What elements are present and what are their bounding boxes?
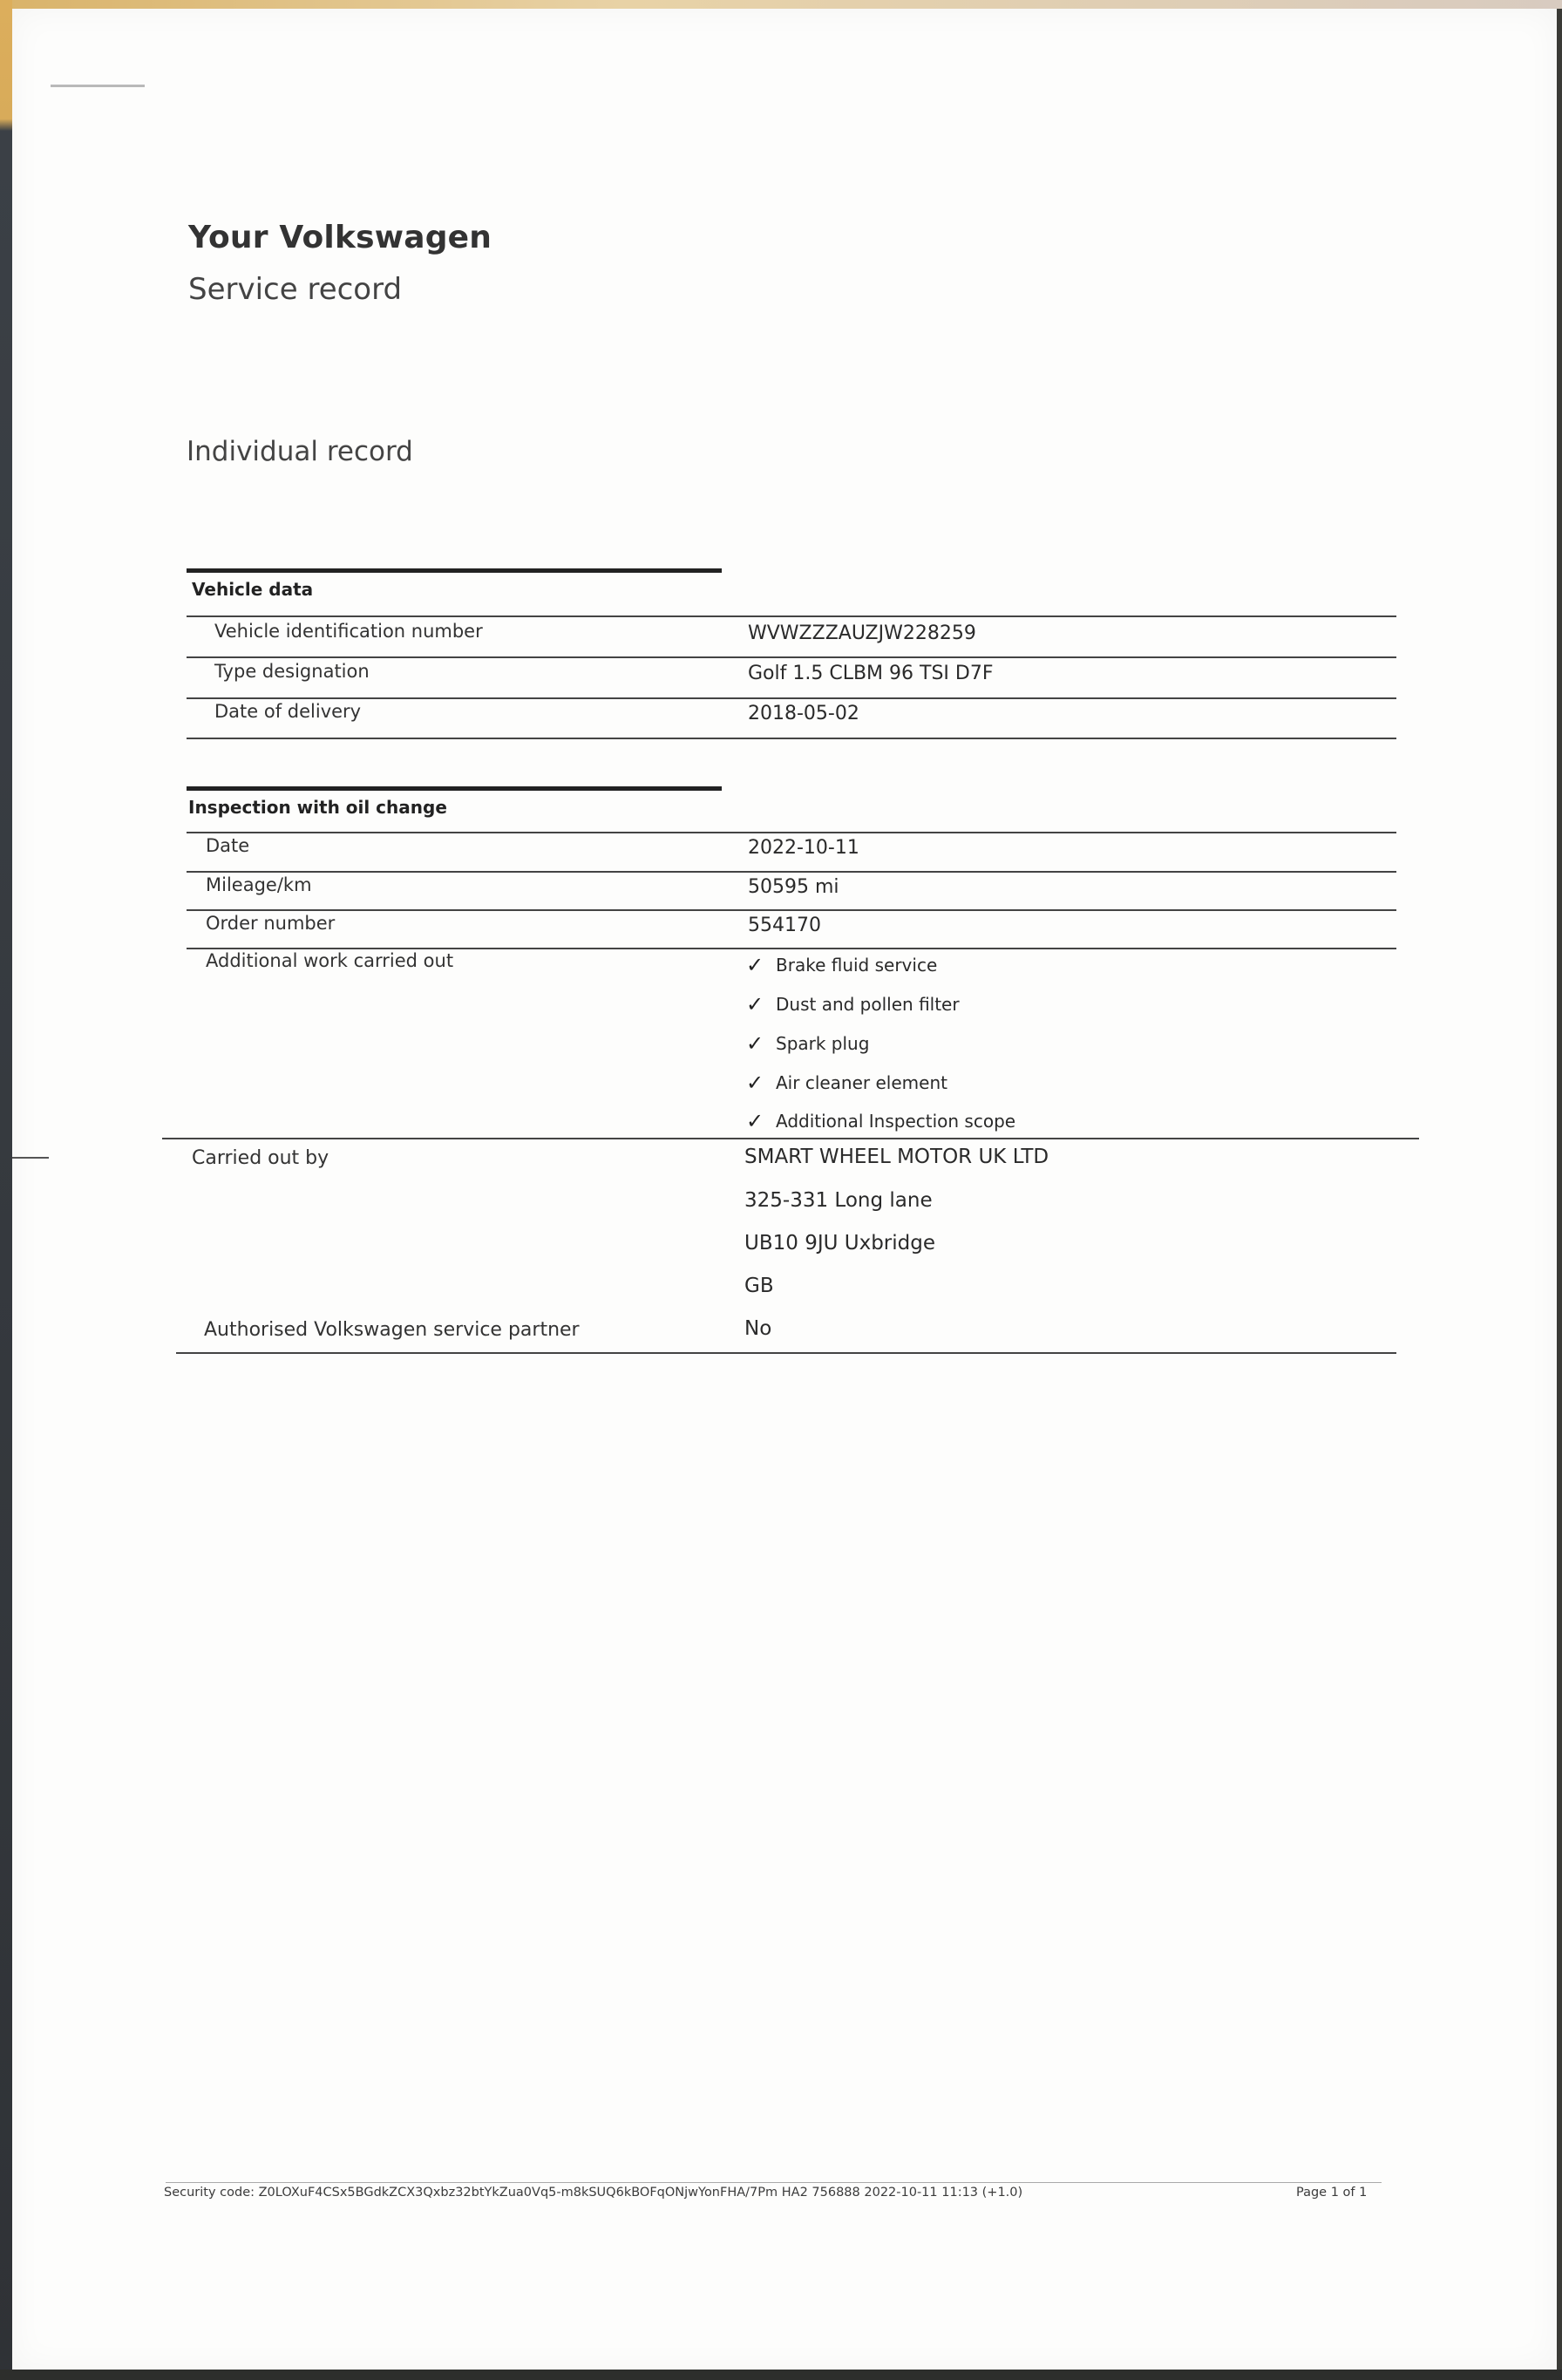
type-designation-label: Type designation bbox=[214, 661, 370, 682]
order-number-label: Order number bbox=[206, 913, 335, 934]
additional-work-item-label: Brake fluid service bbox=[776, 955, 937, 976]
divider bbox=[187, 832, 1396, 833]
document-subtitle: Service record bbox=[188, 272, 402, 307]
checkmark-icon: ✓ bbox=[746, 953, 776, 977]
additional-work-item: ✓ Dust and pollen filter bbox=[746, 992, 960, 1017]
workshop-name: SMART WHEEL MOTOR UK LTD bbox=[744, 1146, 1049, 1168]
additional-work-item-label: Dust and pollen filter bbox=[776, 994, 960, 1015]
workshop-street: 325-331 Long lane bbox=[744, 1189, 933, 1212]
additional-work-item: ✓ Brake fluid service bbox=[746, 953, 937, 977]
inspection-date-label: Date bbox=[206, 835, 249, 856]
additional-work-label: Additional work carried out bbox=[206, 950, 453, 971]
authorised-partner-label: Authorised Volkswagen service partner bbox=[204, 1319, 580, 1341]
checkmark-icon: ✓ bbox=[746, 1109, 776, 1133]
scan-edge-left bbox=[0, 0, 12, 2380]
checkmark-icon: ✓ bbox=[746, 1031, 776, 1056]
checkmark-icon: ✓ bbox=[746, 1071, 776, 1095]
additional-work-item: ✓ Air cleaner element bbox=[746, 1071, 947, 1095]
security-code: Security code: Z0LOXuF4CSx5BGdkZCX3Qxbz3… bbox=[164, 2186, 1022, 2200]
divider bbox=[187, 871, 1396, 873]
divider bbox=[187, 615, 1396, 617]
divider bbox=[187, 948, 1396, 949]
scan-edge-bottom bbox=[0, 2370, 1562, 2380]
document-title: Your Volkswagen bbox=[188, 220, 492, 255]
order-number-value: 554170 bbox=[748, 915, 821, 936]
inspection-header-rule bbox=[187, 786, 722, 791]
scan-mark bbox=[51, 85, 145, 87]
divider bbox=[162, 1138, 1419, 1139]
inspection-title: Inspection with oil change bbox=[188, 797, 447, 818]
footer-rule bbox=[166, 2182, 1382, 2183]
workshop-country: GB bbox=[744, 1275, 774, 1297]
additional-work-item: ✓ Spark plug bbox=[746, 1031, 869, 1056]
page-number: Page 1 of 1 bbox=[1296, 2186, 1367, 2200]
divider bbox=[187, 909, 1396, 911]
checkmark-icon: ✓ bbox=[746, 992, 776, 1017]
delivery-date-value: 2018-05-02 bbox=[748, 703, 859, 724]
divider bbox=[187, 697, 1396, 699]
section-heading: Individual record bbox=[187, 436, 413, 467]
vehicle-data-title: Vehicle data bbox=[192, 579, 313, 600]
scan-edge-top bbox=[0, 0, 1562, 9]
additional-work-item-label: Spark plug bbox=[776, 1033, 869, 1054]
additional-work-item-label: Air cleaner element bbox=[776, 1072, 947, 1093]
divider bbox=[187, 656, 1396, 658]
divider bbox=[176, 1352, 1396, 1354]
additional-work-item-label: Additional Inspection scope bbox=[776, 1111, 1015, 1132]
vin-label: Vehicle identification number bbox=[214, 621, 483, 642]
mileage-label: Mileage/km bbox=[206, 874, 312, 895]
type-designation-value: Golf 1.5 CLBM 96 TSI D7F bbox=[748, 663, 994, 684]
vin-value: WVWZZZAUZJW228259 bbox=[748, 622, 976, 644]
workshop-city: UB10 9JU Uxbridge bbox=[744, 1232, 935, 1255]
additional-work-item: ✓ Additional Inspection scope bbox=[746, 1109, 1015, 1133]
authorised-partner-value: No bbox=[744, 1317, 771, 1340]
delivery-date-label: Date of delivery bbox=[214, 701, 361, 722]
punch-margin-mark bbox=[12, 1157, 49, 1159]
mileage-value: 50595 mi bbox=[748, 876, 839, 898]
carried-out-by-label: Carried out by bbox=[192, 1147, 329, 1169]
vehicle-data-header-rule bbox=[187, 568, 722, 573]
divider bbox=[187, 738, 1396, 739]
inspection-date-value: 2022-10-11 bbox=[748, 837, 859, 859]
